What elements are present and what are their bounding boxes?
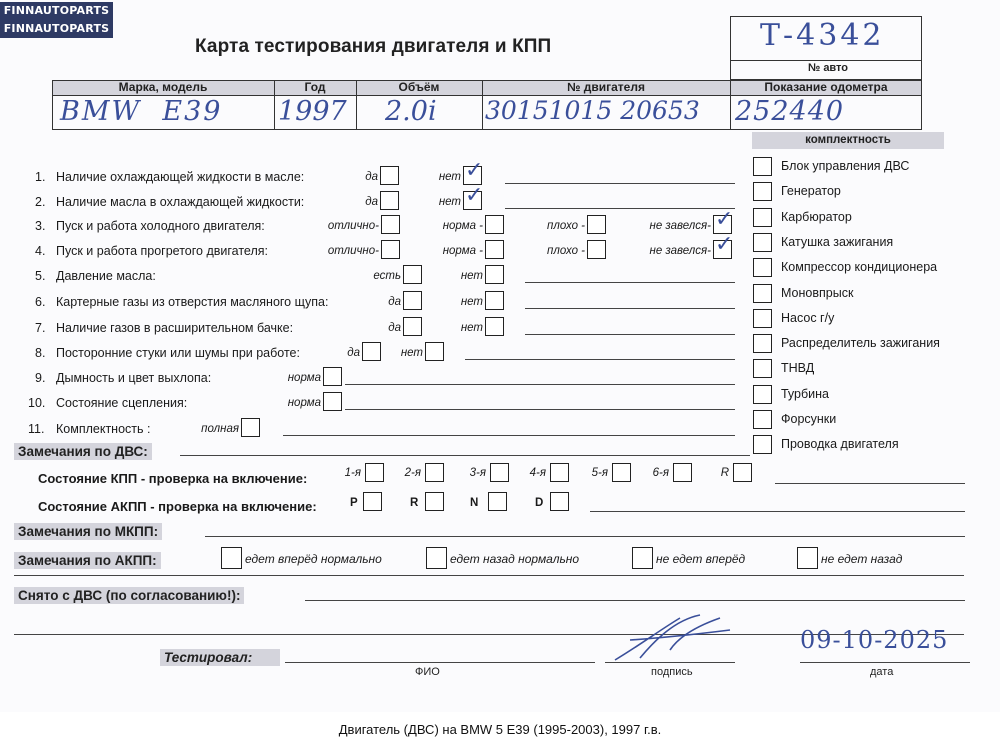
- question-text: Дымность и цвет выхлопа:: [56, 371, 211, 385]
- option-checkbox[interactable]: [485, 265, 504, 284]
- option-label: норма -: [372, 245, 483, 257]
- completeness-checkbox[interactable]: [753, 208, 772, 227]
- completeness-checkbox[interactable]: [753, 258, 772, 277]
- completeness-checkbox[interactable]: [753, 309, 772, 328]
- gear-checkbox[interactable]: [612, 463, 631, 482]
- option-checkbox[interactable]: [485, 291, 504, 310]
- mode-checkbox[interactable]: [363, 492, 382, 511]
- option-checkbox[interactable]: [241, 418, 260, 437]
- mode-checkbox[interactable]: [488, 492, 507, 511]
- question-number: 11.: [28, 422, 44, 436]
- question-number: 1.: [35, 170, 45, 184]
- akpp-option-checkbox[interactable]: [797, 547, 818, 569]
- completeness-item: Компрессор кондиционера: [781, 260, 937, 274]
- option-checkbox[interactable]: [485, 317, 504, 336]
- question-text: Пуск и работа прогретого двигателя:: [56, 244, 268, 258]
- question-number: 6.: [35, 295, 45, 309]
- odometer-value: 252440: [735, 96, 844, 127]
- completeness-checkbox[interactable]: [753, 157, 772, 176]
- option-label: нет: [368, 196, 461, 208]
- checkmark-icon: ✓: [715, 209, 733, 231]
- question-text: Картерные газы из отверстия масляного щу…: [56, 295, 328, 309]
- completeness-item: ТНВД: [781, 361, 814, 375]
- question-text: Наличие масла в охлаждающей жидкости:: [56, 195, 304, 209]
- option-label: не завелся-: [570, 245, 711, 257]
- option-checkbox[interactable]: [323, 392, 342, 411]
- date-value: 09-10-2025: [800, 626, 948, 654]
- gear-checkbox[interactable]: [550, 463, 569, 482]
- mode-checkbox[interactable]: [550, 492, 569, 511]
- question-text: Наличие газов в расширительном бачке:: [56, 321, 293, 335]
- completeness-checkbox[interactable]: [753, 359, 772, 378]
- question-number: 10.: [28, 396, 45, 410]
- akpp-option-label: не едет вперёд: [656, 552, 745, 566]
- akpp-option-checkbox[interactable]: [632, 547, 653, 569]
- completeness-item: Распределитель зажигания: [781, 336, 940, 350]
- option-label: норма: [218, 372, 321, 384]
- akpp-option-label: едет назад нормально: [450, 552, 579, 566]
- option-label: нет: [368, 171, 461, 183]
- checkmark-icon: ✓: [715, 234, 733, 256]
- option-label: нет: [395, 270, 483, 282]
- completeness-checkbox[interactable]: [753, 182, 772, 201]
- gear-checkbox[interactable]: [365, 463, 384, 482]
- volume-value: 2.0i: [385, 96, 437, 127]
- option-label: да: [305, 296, 401, 308]
- watermark: FINNAUTOPARTS: [0, 2, 113, 20]
- mode-label: D: [535, 497, 543, 509]
- option-checkbox[interactable]: [425, 342, 444, 361]
- mode-label: N: [470, 497, 478, 509]
- completeness-item: Проводка двигателя: [781, 437, 899, 451]
- option-label: нет: [395, 322, 483, 334]
- question-text: Наличие охлаждающей жидкости в масле:: [56, 170, 304, 184]
- akpp-option-label: не едет назад: [821, 552, 902, 566]
- option-label: есть: [305, 270, 401, 282]
- gear-label: R: [714, 467, 729, 479]
- question-text: Пуск и работа холодного двигателя:: [56, 219, 265, 233]
- option-label: да: [305, 322, 401, 334]
- gear-checkbox[interactable]: [425, 463, 444, 482]
- caption: Двигатель (ДВС) на BMW 5 E39 (1995-2003)…: [0, 722, 1000, 737]
- gear-checkbox[interactable]: [733, 463, 752, 482]
- option-label: отлично-: [258, 245, 379, 257]
- gear-checkbox[interactable]: [490, 463, 509, 482]
- option-label: отлично-: [258, 220, 379, 232]
- option-label: плохо -: [475, 245, 585, 257]
- gear-label: 2-я: [390, 467, 421, 479]
- checkmark-icon: ✓: [465, 160, 483, 182]
- option-label: не завелся-: [570, 220, 711, 232]
- engine-no-value: 30151015 20653: [485, 96, 700, 125]
- gear-label: 3-я: [455, 467, 486, 479]
- name-label: ФИО: [415, 666, 440, 678]
- checkmark-icon: ✓: [465, 185, 483, 207]
- option-label: плохо -: [475, 220, 585, 232]
- completeness-item: Турбина: [781, 387, 829, 401]
- completeness-item: Форсунки: [781, 412, 836, 426]
- option-label: полная: [130, 423, 239, 435]
- date-label: дата: [870, 666, 893, 678]
- question-number: 9.: [35, 371, 45, 385]
- completeness-item: Карбюратор: [781, 210, 852, 224]
- question-number: 3.: [35, 219, 45, 233]
- completeness-item: Генератор: [781, 184, 841, 198]
- question-number: 7.: [35, 321, 45, 335]
- completeness-checkbox[interactable]: [753, 410, 772, 429]
- make-model-value: BMW E39: [60, 96, 222, 127]
- removed-from-engine-label: Снято с ДВС (по согласованию!):: [14, 587, 244, 604]
- tested-by-label: Тестировал:: [160, 649, 280, 666]
- auto-number-label: № авто: [808, 62, 848, 74]
- gear-label: 6-я: [638, 467, 669, 479]
- akpp-remarks-label: Замечания по АКПП:: [14, 552, 161, 569]
- akpp-option-checkbox[interactable]: [221, 547, 242, 569]
- question-text: Состояние сцепления:: [56, 396, 187, 410]
- mkpp-remarks-label: Замечания по МКПП:: [14, 523, 162, 540]
- mode-label: P: [350, 497, 358, 509]
- year-value: 1997: [278, 96, 347, 127]
- completeness-checkbox[interactable]: [753, 284, 772, 303]
- question-text: Давление масла:: [56, 269, 156, 283]
- signature-mark: [610, 610, 740, 675]
- option-label: норма: [218, 397, 321, 409]
- option-checkbox[interactable]: [323, 367, 342, 386]
- mode-checkbox[interactable]: [425, 492, 444, 511]
- question-number: 4.: [35, 244, 45, 258]
- watermark: FINNAUTOPARTS: [0, 20, 113, 38]
- option-label: норма -: [372, 220, 483, 232]
- gear-label: 4-я: [515, 467, 546, 479]
- question-number: 2.: [35, 195, 45, 209]
- completeness-item: Катушка зажигания: [781, 235, 893, 249]
- gear-checkbox[interactable]: [673, 463, 692, 482]
- question-number: 8.: [35, 346, 45, 360]
- kpp-state-label: Состояние КПП - проверка на включение:: [38, 471, 307, 486]
- option-label: нет: [330, 347, 423, 359]
- option-label: да: [302, 196, 378, 208]
- form-title: Карта тестирования двигателя и КПП: [195, 36, 551, 58]
- completeness-checkbox[interactable]: [753, 233, 772, 252]
- completeness-checkbox[interactable]: [753, 385, 772, 404]
- gear-label: 1-я: [330, 467, 361, 479]
- question-number: 5.: [35, 269, 45, 283]
- gear-label: 5-я: [577, 467, 608, 479]
- completeness-item: Моновпрыск: [781, 286, 853, 300]
- mode-label: R: [410, 497, 418, 509]
- completeness-checkbox[interactable]: [753, 334, 772, 353]
- option-label: да: [302, 171, 378, 183]
- akpp-option-checkbox[interactable]: [426, 547, 447, 569]
- completeness-header: комплектность: [752, 132, 944, 149]
- completeness-item: Насос г/у: [781, 311, 834, 325]
- option-label: нет: [395, 296, 483, 308]
- auto-number-value: Т-4342: [760, 18, 885, 53]
- completeness-item: Блок управления ДВС: [781, 159, 909, 173]
- question-text: Посторонние стуки или шумы при работе:: [56, 346, 300, 360]
- akpp-option-label: едет вперёд нормально: [245, 552, 382, 566]
- akpp-state-label: Состояние АКПП - проверка на включение:: [38, 499, 317, 514]
- completeness-checkbox[interactable]: [753, 435, 772, 454]
- engine-remarks-label: Замечания по ДВС:: [14, 443, 152, 460]
